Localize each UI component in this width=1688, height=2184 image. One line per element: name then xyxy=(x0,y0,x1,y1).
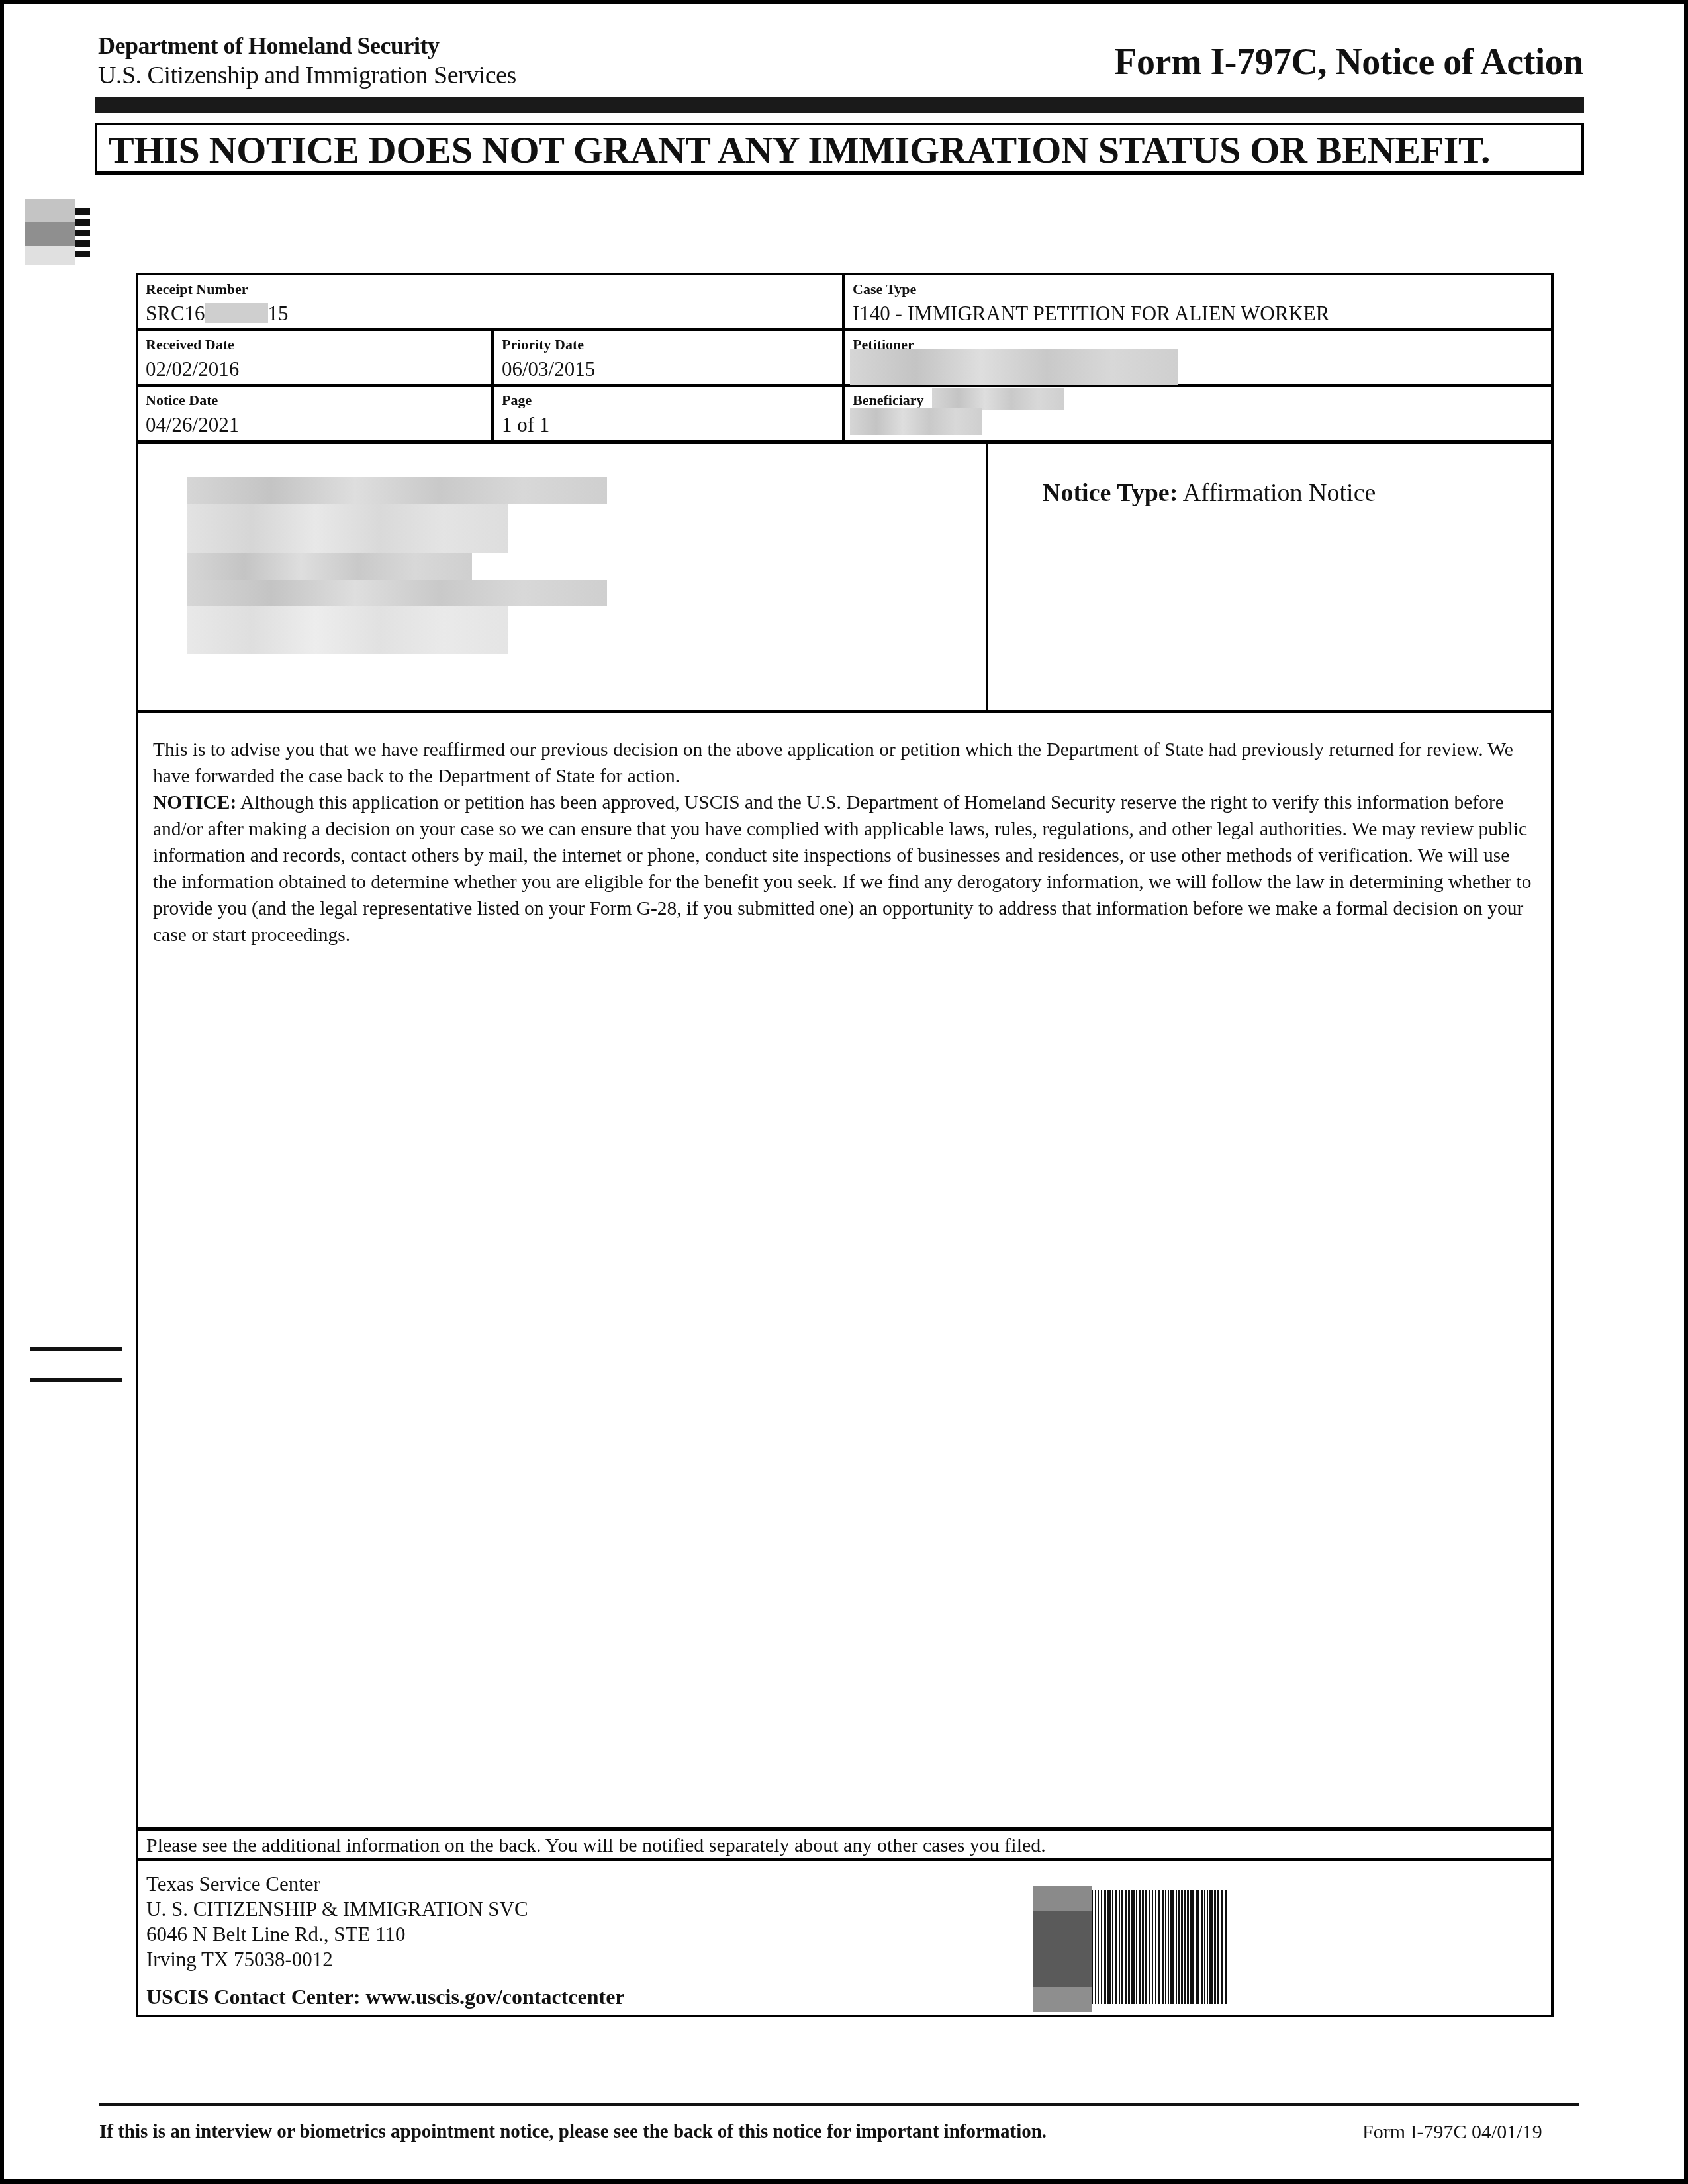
agency-name: Department of Homeland Security xyxy=(98,32,439,60)
redacted-address-line xyxy=(187,504,508,553)
margin-line xyxy=(30,1378,122,1382)
contact-center-link[interactable]: USCIS Contact Center: www.uscis.gov/cont… xyxy=(146,1984,625,2009)
notice-type-box: Notice Type: Affirmation Notice xyxy=(986,441,1554,713)
service-center-address: Texas Service Center U. S. CITIZENSHIP &… xyxy=(146,1872,625,2009)
see-back-text: Please see the additional information on… xyxy=(146,1835,1046,1857)
notice-text: Although this application or petition ha… xyxy=(153,792,1531,946)
notice-date-value: 04/26/2021 xyxy=(146,413,239,437)
redacted-address-line xyxy=(187,553,472,580)
service-center-line2: U. S. CITIZENSHIP & IMMIGRATION SVC xyxy=(146,1897,625,1922)
mailing-address-box xyxy=(136,441,988,713)
service-center-name: Texas Service Center xyxy=(146,1872,625,1897)
service-center-line3: 6046 N Belt Line Rd., STE 110 xyxy=(146,1922,625,1947)
notice-date-label: Notice Date xyxy=(146,392,218,409)
notice-type: Notice Type: Affirmation Notice xyxy=(1043,478,1376,508)
agency-subname: U.S. Citizenship and Immigration Service… xyxy=(98,61,516,90)
page-label: Page xyxy=(502,392,532,409)
priority-date-cell: Priority Date 06/03/2015 xyxy=(492,329,844,386)
case-type-label: Case Type xyxy=(853,281,916,298)
notice-label: NOTICE: xyxy=(153,792,236,813)
notice-paragraph: NOTICE: Although this application or pet… xyxy=(153,790,1536,948)
footer-rule xyxy=(99,2103,1579,2106)
footer-notice: If this is an interview or biometrics ap… xyxy=(99,2121,1047,2143)
redacted-barcode-block xyxy=(1033,1886,1092,2012)
service-center-box: Texas Service Center U. S. CITIZENSHIP &… xyxy=(136,1860,1554,2017)
redacted-block xyxy=(850,408,982,435)
body-text: This is to advise you that we have reaff… xyxy=(153,737,1536,948)
notice-type-value: Affirmation Notice xyxy=(1183,479,1376,507)
barcode-icon xyxy=(1092,1890,1231,2004)
redacted-block xyxy=(205,303,268,323)
redacted-mark xyxy=(25,199,75,265)
form-edition: Form I-797C 04/01/19 xyxy=(1362,2121,1542,2144)
notice-date-cell: Notice Date 04/26/2021 xyxy=(136,385,493,443)
petitioner-cell: Petitioner xyxy=(843,329,1554,386)
beneficiary-label: Beneficiary xyxy=(853,392,924,409)
page-cell: Page 1 of 1 xyxy=(492,385,844,443)
redacted-address-line xyxy=(187,477,607,504)
disclaimer-box: THIS NOTICE DOES NOT GRANT ANY IMMIGRATI… xyxy=(95,123,1584,175)
notice-type-label: Notice Type: xyxy=(1043,479,1178,507)
page-value: 1 of 1 xyxy=(502,413,549,437)
see-back-strip: Please see the additional information on… xyxy=(136,1828,1554,1861)
priority-date-label: Priority Date xyxy=(502,336,584,353)
redacted-block xyxy=(932,388,1064,410)
margin-line xyxy=(30,1347,122,1351)
redacted-address-line xyxy=(187,580,607,606)
receipt-number-cell: Receipt Number SRC1615 xyxy=(136,273,844,330)
receipt-number-value: SRC1615 xyxy=(146,302,289,326)
case-type-value: I140 - IMMIGRANT PETITION FOR ALIEN WORK… xyxy=(853,302,1329,326)
priority-date-value: 06/03/2015 xyxy=(502,357,595,381)
beneficiary-cell: Beneficiary xyxy=(843,385,1554,443)
redacted-block xyxy=(850,349,1178,386)
header-bar xyxy=(95,97,1584,113)
received-date-cell: Received Date 02/02/2016 xyxy=(136,329,493,386)
notice-body: This is to advise you that we have reaff… xyxy=(136,711,1554,1830)
disclaimer-text: THIS NOTICE DOES NOT GRANT ANY IMMIGRATI… xyxy=(109,128,1490,172)
service-center-line4: Irving TX 75038-0012 xyxy=(146,1947,625,1972)
redacted-address-line xyxy=(187,606,508,654)
case-type-cell: Case Type I140 - IMMIGRANT PETITION FOR … xyxy=(843,273,1554,330)
received-date-value: 02/02/2016 xyxy=(146,357,239,381)
received-date-label: Received Date xyxy=(146,336,234,353)
receipt-number-label: Receipt Number xyxy=(146,281,248,298)
reaffirmation-paragraph: This is to advise you that we have reaff… xyxy=(153,737,1536,790)
form-title: Form I-797C, Notice of Action xyxy=(1114,41,1583,83)
scan-glyph xyxy=(75,208,90,260)
